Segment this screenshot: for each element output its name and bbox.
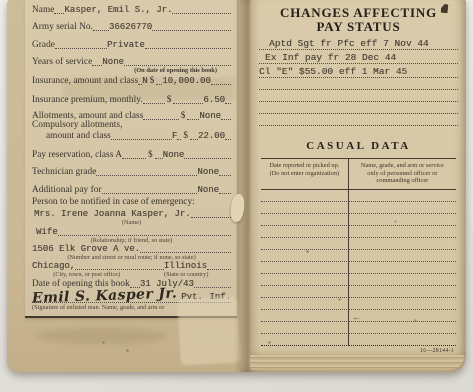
left-page: Name Kasper, Emil S., Jr. Army serial No… xyxy=(7,0,240,372)
dotted-leader xyxy=(124,62,231,66)
relationship-row: Wife xyxy=(32,227,231,237)
soldier-info-form: Name Kasper, Emil S., Jr. Army serial No… xyxy=(25,0,237,318)
name-caption: (Name) xyxy=(32,219,231,226)
years-value: None xyxy=(102,57,124,67)
form-row-additional-pay: Additional pay for None xyxy=(32,184,231,195)
dotted-leader xyxy=(111,136,172,140)
dotted-leader xyxy=(219,172,231,176)
technician-label: Technician grade xyxy=(32,167,96,177)
table-row xyxy=(261,262,456,274)
stain-smudge xyxy=(37,328,167,344)
grade-label: Grade xyxy=(32,40,55,50)
col2-line1: Name, grade, and arm or service xyxy=(352,162,453,170)
street-value: 1506 Elk Grove A ve. xyxy=(32,244,140,254)
form-row-name: Name Kasper, Emil S., Jr. xyxy=(32,4,231,15)
relationship-caption: (Relationship; if friend, so state) xyxy=(32,237,231,244)
form-row-premium: Insurance premium, monthly. $ 6.50 xyxy=(32,94,231,105)
dotted-leader xyxy=(152,27,231,31)
dotted-leader xyxy=(102,190,198,194)
insurance-amount-value: 10,000.00 xyxy=(162,76,211,86)
technician-value: None xyxy=(197,167,219,177)
form-stock-number: 16—28144-1 xyxy=(259,346,458,355)
col2-line2: only of personnel officer or xyxy=(352,170,453,178)
premium-value: 6.50 xyxy=(203,95,225,105)
table-row xyxy=(261,238,456,250)
col2-line3: commanding officer xyxy=(352,177,453,185)
table-row xyxy=(261,286,456,298)
dotted-leader xyxy=(122,155,146,159)
emergency-heading-row: Person to be notified in case of emergen… xyxy=(32,197,231,207)
form-row-compulsory-line1: Compulsory allotments, xyxy=(32,121,231,130)
dotted-leader xyxy=(207,266,231,270)
emergency-name-value: Mrs. Irene Joanna Kasper, Jr. xyxy=(32,209,191,219)
dotted-leader xyxy=(54,10,64,14)
right-page: CHANGES AFFECTING PAY STATUS Aptd Sgt fr… xyxy=(250,0,465,357)
form-row-serial: Army serial No. 36626770 xyxy=(32,21,231,32)
dotted-leader xyxy=(143,116,178,120)
dotted-leader xyxy=(177,136,181,140)
signature-script: Emil S. Kasper Jr. xyxy=(32,287,178,304)
table-row xyxy=(261,226,456,238)
table-header: Date reported or picked up. (Do not ente… xyxy=(261,159,456,190)
pay-record-book: Name Kasper, Emil S., Jr. Army serial No… xyxy=(7,0,466,372)
street-row: 1506 Elk Grove A ve. xyxy=(32,244,231,254)
dotted-leader xyxy=(190,136,198,140)
city-state-row: Chicago, Illinois xyxy=(32,261,231,271)
form-row-pay-reservation: Pay reservation, class A $ None xyxy=(32,149,231,160)
city-caption: (City, town, or post office) xyxy=(32,271,141,278)
blank-ruled-line xyxy=(259,114,458,126)
stray-ink-arrow: ← xyxy=(352,312,362,323)
dollar-sign: $ xyxy=(148,150,153,160)
state-value: Illinois xyxy=(164,261,207,271)
dollar-sign: $ xyxy=(181,111,186,121)
city-value: Chicago, xyxy=(32,261,75,271)
pay-reservation-label: Pay reservation, class A xyxy=(32,150,122,160)
insurance-class-value: N xyxy=(142,76,147,86)
form-row-years: Years of service None xyxy=(32,56,231,67)
table-row xyxy=(261,274,456,286)
casual-data-heading: CASUAL DATA xyxy=(259,140,458,152)
dotted-leader xyxy=(140,249,231,253)
additional-pay-label: Additional pay for xyxy=(32,185,102,195)
name-label: Name xyxy=(32,5,54,15)
name-value: Kasper, Emil S., Jr. xyxy=(64,5,172,15)
dollar-sign: $ xyxy=(150,76,155,86)
premium-label: Insurance premium, monthly. xyxy=(32,95,143,105)
dotted-leader xyxy=(194,284,231,288)
table-row xyxy=(261,250,456,262)
table-row xyxy=(261,322,456,334)
dotted-leader xyxy=(155,155,163,159)
dotted-leader xyxy=(225,100,231,104)
dotted-leader xyxy=(172,10,231,14)
additional-pay-value: None xyxy=(197,185,219,195)
dotted-leader xyxy=(145,45,231,49)
form-row-grade: Grade Private xyxy=(32,39,231,50)
compulsory-label-line1: Compulsory allotments, xyxy=(32,120,122,130)
serial-label: Army serial No. xyxy=(32,22,93,32)
dollar-sign: $ xyxy=(183,131,188,141)
column-header-officer: Name, grade, and arm or service only of … xyxy=(349,159,456,189)
dotted-leader xyxy=(96,172,197,176)
dotted-leader xyxy=(184,155,231,159)
compulsory-label-line2: amount and class xyxy=(32,131,111,141)
column-header-date: Date reported or picked up. (Do not ente… xyxy=(261,159,349,189)
dollar-sign: $ xyxy=(167,95,172,105)
entry-text: Ex Inf pay fr 28 Dec 44 xyxy=(259,53,396,63)
blank-ruled-line xyxy=(259,102,458,114)
dotted-leader xyxy=(173,100,203,104)
dotted-leader xyxy=(225,136,231,140)
emergency-heading: Person to be notified in case of emergen… xyxy=(32,197,195,207)
dotted-leader xyxy=(58,232,231,236)
dotted-leader xyxy=(191,214,231,218)
page-title-line1: CHANGES AFFECTING xyxy=(259,6,458,20)
pay-reservation-value: None xyxy=(163,150,185,160)
worn-page-corner xyxy=(177,296,240,365)
entry-text: Cl "E" $55.00 eff 1 Mar 45 xyxy=(259,67,407,77)
col1-line2: (Do not enter organization) xyxy=(264,170,345,178)
table-row xyxy=(261,334,456,346)
book-gutter-crease xyxy=(234,0,260,372)
page-title-line2: PAY STATUS xyxy=(259,20,458,34)
blank-ruled-line xyxy=(259,78,458,90)
dotted-leader xyxy=(219,190,231,194)
form-row-insurance-amount: Insurance, amount and class N $ 10,000.0… xyxy=(32,75,231,86)
blank-ruled-line xyxy=(259,90,458,102)
page-stack-edge xyxy=(250,355,464,370)
form-row-technician: Technician grade None xyxy=(32,166,231,177)
relationship-value: Wife xyxy=(32,227,58,237)
col1-line1: Date reported or picked up. xyxy=(264,162,345,170)
pay-status-entry: Cl "E" $55.00 eff 1 Mar 45 xyxy=(259,64,458,78)
allotments-value: None xyxy=(199,111,221,121)
compulsory-value: 22.00 xyxy=(198,131,225,141)
dotted-leader xyxy=(211,81,231,85)
table-row xyxy=(261,202,456,214)
entry-text: Aptd Sgt fr Pfc eff 7 Nov 44 xyxy=(259,39,429,49)
dotted-leader xyxy=(75,266,164,270)
table-row xyxy=(261,190,456,202)
dotted-leader xyxy=(221,116,231,120)
city-state-captions: (City, town, or post office) (State or c… xyxy=(32,271,231,278)
years-label: Years of service xyxy=(32,57,92,67)
emergency-name-row: Mrs. Irene Joanna Kasper, Jr. xyxy=(32,208,231,219)
dotted-leader xyxy=(187,116,199,120)
pay-status-entry: Aptd Sgt fr Pfc eff 7 Nov 44 xyxy=(259,36,458,50)
state-caption: (State or country) xyxy=(141,271,231,278)
insurance-amount-label: Insurance, amount and class xyxy=(32,76,138,86)
table-row xyxy=(261,298,456,310)
form-row-compulsory-line2: amount and class F $ 22.00 xyxy=(32,130,231,141)
dotted-leader xyxy=(55,45,107,49)
dotted-leader xyxy=(93,27,109,31)
serial-value: 36626770 xyxy=(109,22,152,32)
pay-status-entry: Ex Inf pay fr 28 Dec 44 xyxy=(259,50,458,64)
years-note: (On date of opening this book) xyxy=(32,67,231,74)
dotted-leader xyxy=(92,62,102,66)
dotted-leader xyxy=(143,100,165,104)
street-caption: (Number and street or rural route; if no… xyxy=(32,254,231,261)
table-row xyxy=(261,214,456,226)
scanned-photo-background: Name Kasper, Emil S., Jr. Army serial No… xyxy=(0,0,473,392)
grade-value: Private xyxy=(107,40,145,50)
